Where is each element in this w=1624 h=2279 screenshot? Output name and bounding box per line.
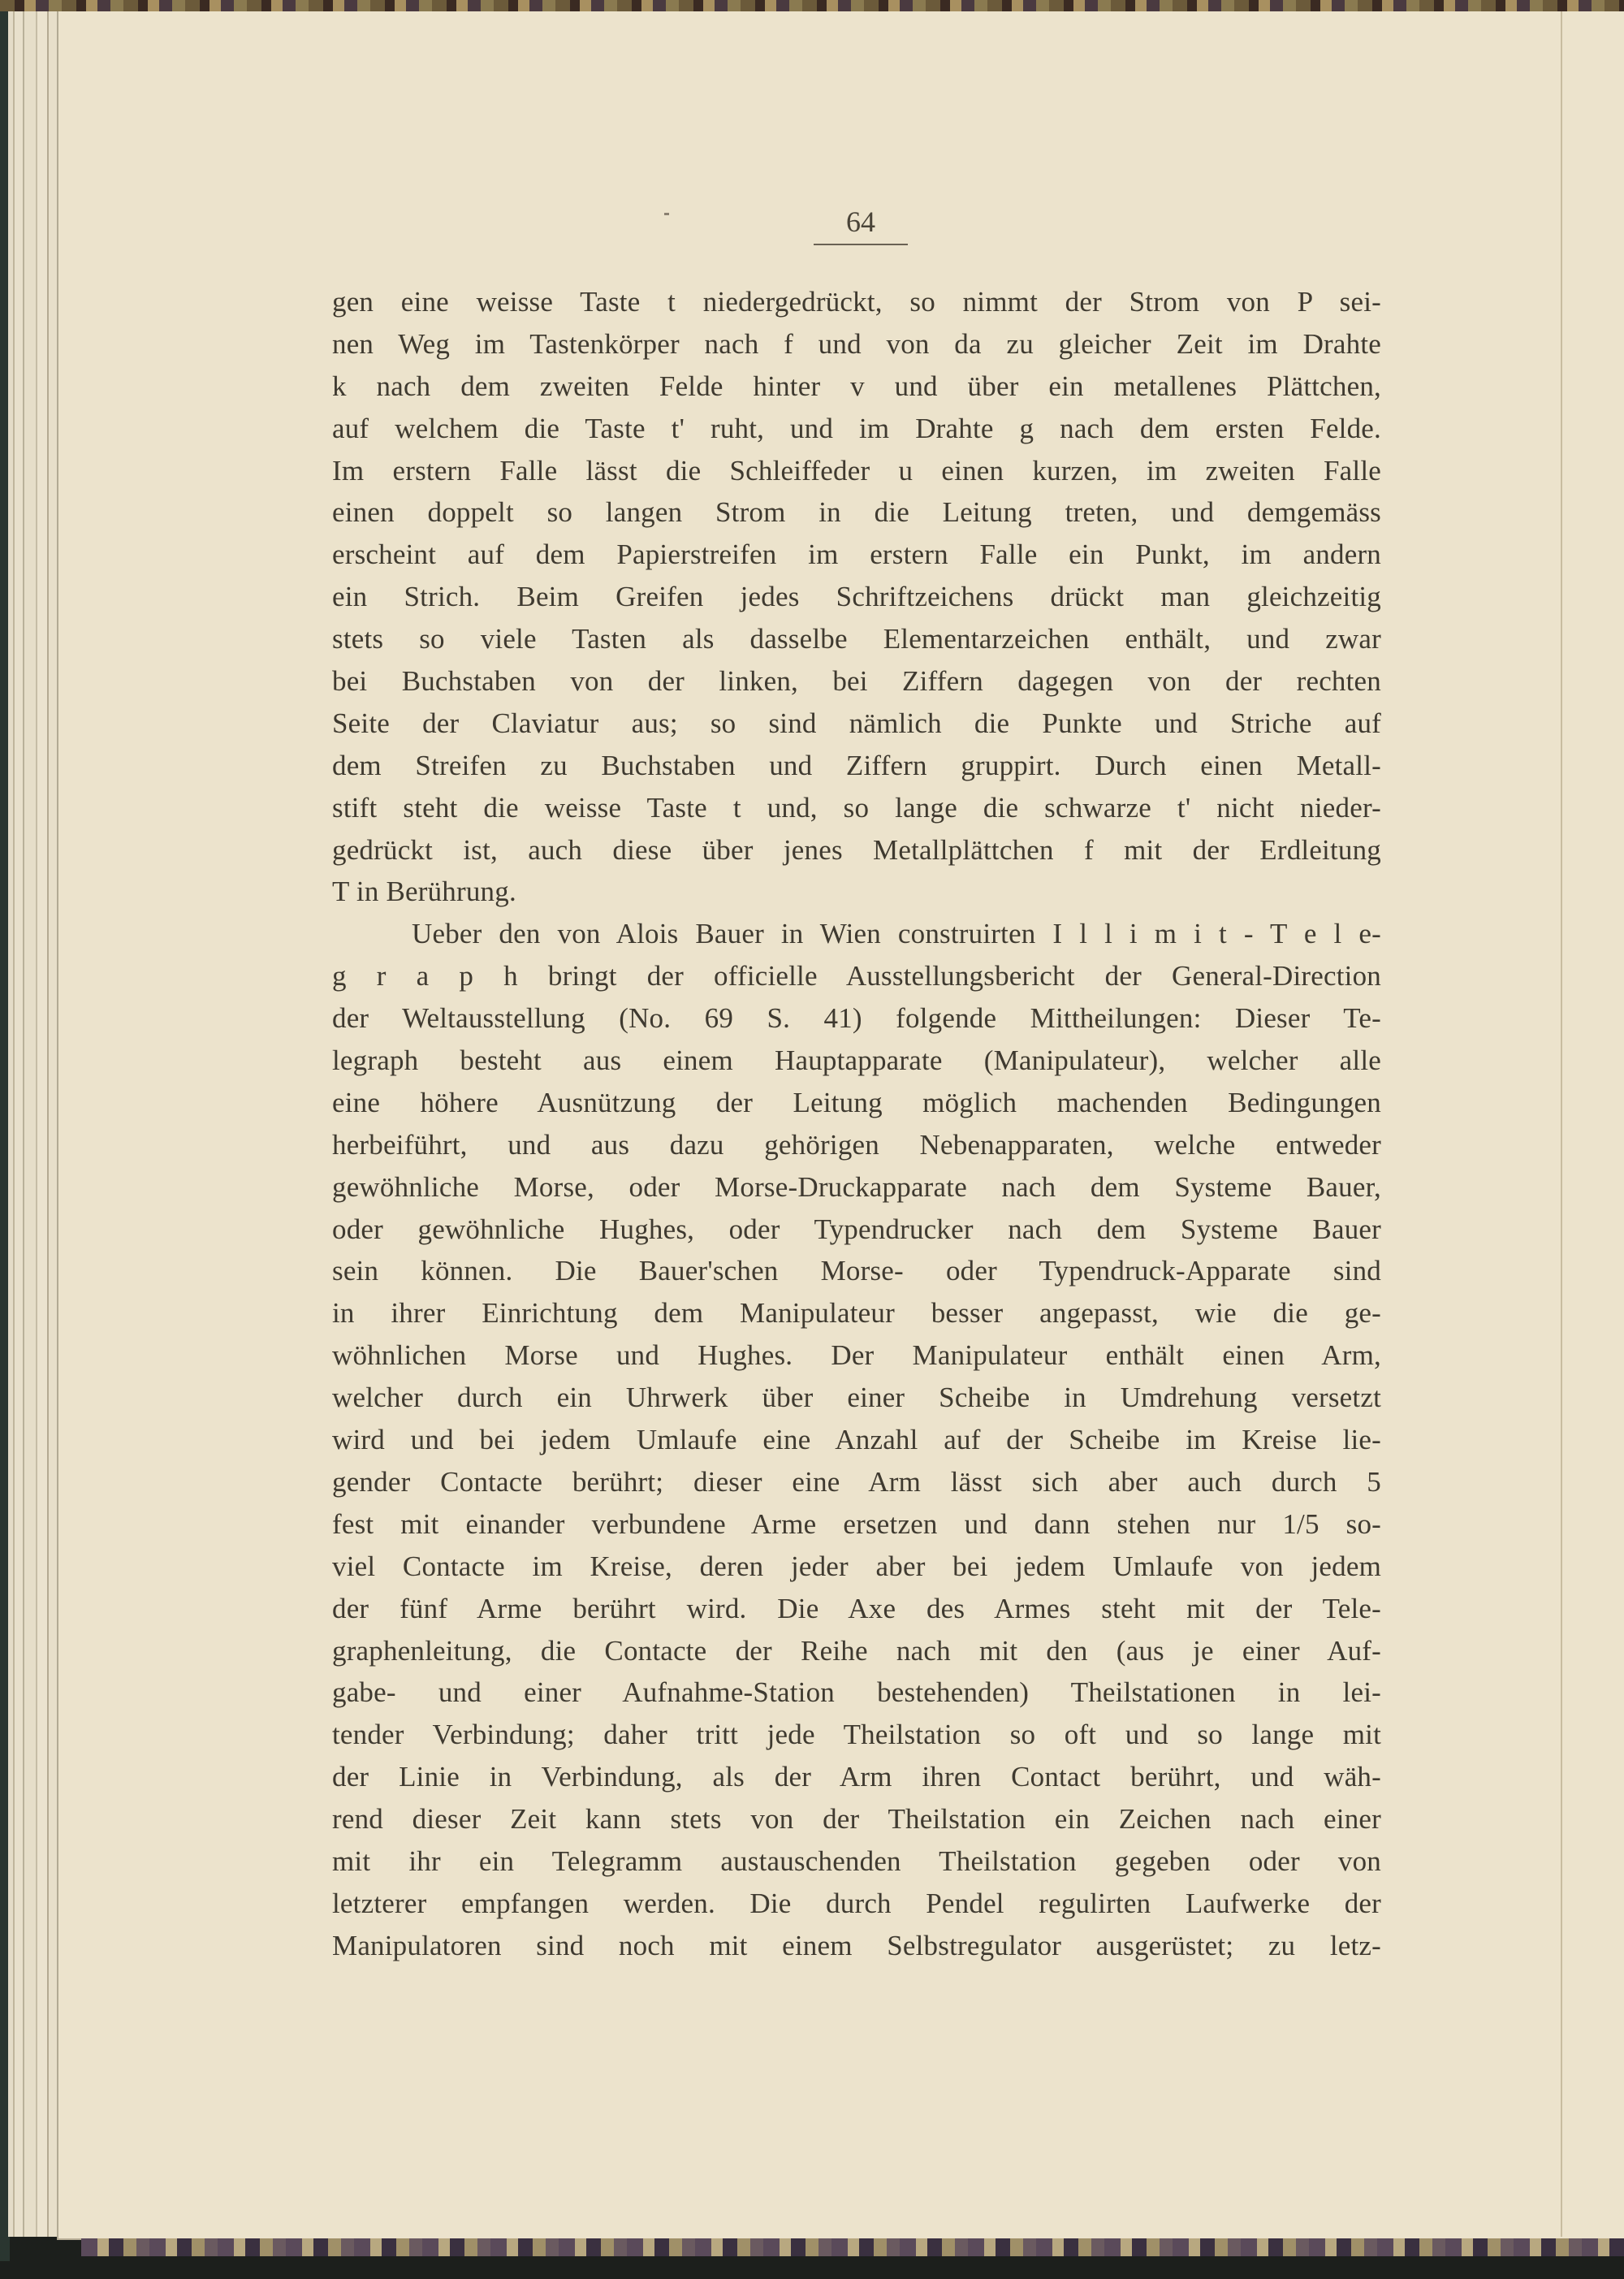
text-line: dem Streifen zu Buchstaben und Ziffern g… <box>332 745 1381 787</box>
text-line: herbeiführt, und aus dazu gehörigen Nebe… <box>332 1124 1381 1166</box>
text-line: wöhnlichen Morse und Hughes. Der Manipul… <box>332 1334 1381 1377</box>
text-line: graphenleitung, die Contacte der Reihe n… <box>332 1630 1381 1672</box>
text-line: oder gewöhnliche Hughes, oder Typendruck… <box>332 1209 1381 1251</box>
text-line: der Linie in Verbindung, als der Arm ihr… <box>332 1756 1381 1798</box>
text-line: eine höhere Ausnützung der Leitung mögli… <box>332 1082 1381 1124</box>
page-number: 64 <box>816 205 905 239</box>
page-stack-edges <box>8 11 57 2237</box>
text-line: ein Strich. Beim Greifen jedes Schriftze… <box>332 576 1381 618</box>
text-line: tender Verbindung; daher tritt jede Thei… <box>332 1714 1381 1756</box>
text-line: stift steht die weisse Taste t und, so l… <box>332 787 1381 829</box>
text-line: der Weltausstellung (No. 69 S. 41) folge… <box>332 997 1381 1040</box>
text-line: gender Contacte berührt; dieser eine Arm… <box>332 1461 1381 1503</box>
text-line: erscheint auf dem Papierstreifen im erst… <box>332 534 1381 576</box>
book-bottom-edge <box>81 2238 1624 2256</box>
text-line: wird und bei jedem Umlaufe eine Anzahl a… <box>332 1419 1381 1461</box>
page-fold-line <box>1561 11 1562 2237</box>
text-line: T in Berührung. <box>332 871 1381 913</box>
text-line: letzterer empfangen werden. Die durch Pe… <box>332 1883 1381 1925</box>
text-line: fest mit einander verbundene Arme ersetz… <box>332 1503 1381 1546</box>
text-line: gen eine weisse Taste t niedergedrückt, … <box>332 281 1381 323</box>
text-line: Im erstern Falle lässt die Schleiffeder … <box>332 450 1381 492</box>
text-line: stets so viele Tasten als dasselbe Eleme… <box>332 618 1381 660</box>
text-line: auf welchem die Taste t' ruht, und im Dr… <box>332 408 1381 450</box>
text-line: legraph besteht aus einem Hauptapparate … <box>332 1040 1381 1082</box>
text-line: rend dieser Zeit kann stets von der Thei… <box>332 1798 1381 1840</box>
text-line: sein können. Die Bauer'schen Morse- oder… <box>332 1250 1381 1292</box>
text-line: g r a p h bringt der officielle Ausstell… <box>332 955 1381 997</box>
text-line: nen Weg im Tastenkörper nach f und von d… <box>332 323 1381 365</box>
paragraph-start-line: Ueber den von Alois Bauer in Wien constr… <box>332 913 1381 955</box>
text-line: gabe- und einer Aufnahme-Station bestehe… <box>332 1671 1381 1714</box>
text-line: in ihrer Einrichtung dem Manipulateur be… <box>332 1292 1381 1334</box>
text-line: einen doppelt so langen Strom in die Lei… <box>332 491 1381 534</box>
text-line: welcher durch ein Uhrwerk über einer Sch… <box>332 1377 1381 1419</box>
body-text: gen eine weisse Taste t niedergedrückt, … <box>332 281 1381 1967</box>
text-line: mit ihr ein Telegramm austauschenden The… <box>332 1840 1381 1883</box>
text-line: k nach dem zweiten Felde hinter v und üb… <box>332 365 1381 408</box>
text-line: bei Buchstaben von der linken, bei Ziffe… <box>332 660 1381 703</box>
book-top-edge <box>0 0 1624 11</box>
text-line: viel Contacte im Kreise, deren jeder abe… <box>332 1546 1381 1588</box>
text-line: Seite der Claviatur aus; so sind nämlich… <box>332 703 1381 745</box>
text-line: gewöhnliche Morse, oder Morse-Druckappar… <box>332 1166 1381 1209</box>
text-line: gedrückt ist, auch diese über jenes Meta… <box>332 829 1381 871</box>
page-number-rule <box>814 244 908 245</box>
text-line: der fünf Arme berührt wird. Die Axe des … <box>332 1588 1381 1630</box>
ink-speck <box>664 213 669 215</box>
text-line: Manipulatoren sind noch mit einem Selbst… <box>332 1925 1381 1967</box>
